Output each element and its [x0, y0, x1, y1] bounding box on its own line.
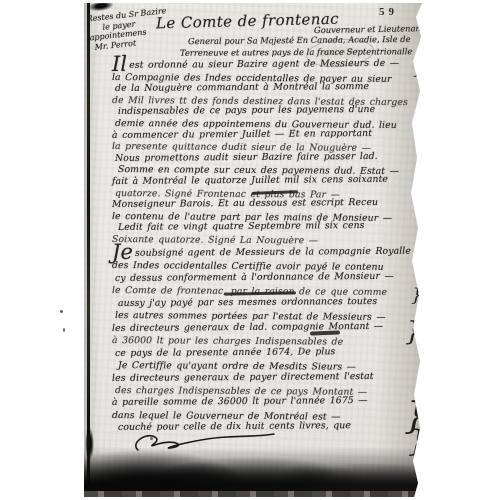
scan-edge-strip	[84, 491, 424, 497]
text-line: aussy j'ay payé par ses mesmes ordonnanc…	[112, 295, 411, 310]
text-line: fait à Montréal le quatorze Juillet mil …	[112, 174, 408, 188]
text-line: à pareille somme de 36000 lt pour l'anné…	[112, 395, 411, 410]
document-title: Le Comte de frontenac	[156, 10, 339, 33]
heading-line: General pour Sa Majesté En Canada, Acadi…	[188, 34, 411, 46]
text-line: les directeurs generaux de payer directe…	[112, 370, 411, 385]
text-line: Jesoubsigné agent de Messieurs de la com…	[112, 246, 411, 261]
signature-flourish-icon	[130, 429, 280, 455]
text-line: ce pays de la presente année 1674, De pl…	[112, 345, 411, 360]
paper-speck	[60, 310, 63, 313]
page-number: 59	[379, 6, 398, 18]
paragraph-1: Ilest ordonné au sieur Bazire agent de M…	[112, 60, 408, 246]
margin-ink-blot	[85, 427, 94, 461]
brace-flourish: }	[413, 61, 423, 77]
heading-line: Terreneuve et autres pays de la france S…	[180, 46, 412, 58]
paper-speck	[150, 437, 153, 440]
text-line-content: soubsigné agent de Messieurs de la compa…	[135, 246, 411, 259]
corner-ink-mark	[87, 0, 114, 13]
brace-flourish: }	[408, 427, 427, 457]
text-line: Ledit fait ce vingt quatre Septembre mil…	[112, 220, 408, 234]
text-line: Ilest ordonné au sieur Bazire agent de M…	[112, 58, 408, 72]
paragraph-2: Jesoubsigné agent de Messieurs de la com…	[112, 248, 411, 435]
manuscript-page: 59 COLONIES Restes du Sr Bazire le payer…	[84, 3, 424, 497]
brace-flourish: }	[405, 319, 422, 345]
text-line: indispensables de ce pays pour les payem…	[112, 104, 408, 118]
text-line: à commencer du premier Juillet — Et en r…	[112, 127, 408, 141]
brace-flourish: }	[411, 287, 422, 305]
text-line: de la Nouguère commandant à Montréal la …	[112, 81, 408, 95]
paper-speck	[63, 328, 65, 332]
text-line: les directeurs generaux de lad. compagni…	[112, 320, 411, 335]
text-line: Nous promettons audit sieur Bazire faire…	[112, 150, 408, 164]
brace-flourish: }	[413, 107, 430, 133]
text-line: cy dessus conformement à l'ordonnance de…	[112, 271, 411, 286]
binding-edge	[87, 3, 90, 497]
text-line: Monseigneur Barois. Et au dessous est es…	[112, 197, 408, 211]
text-line-content: est ordonné au sieur Bazire agent de Mes…	[129, 58, 399, 71]
